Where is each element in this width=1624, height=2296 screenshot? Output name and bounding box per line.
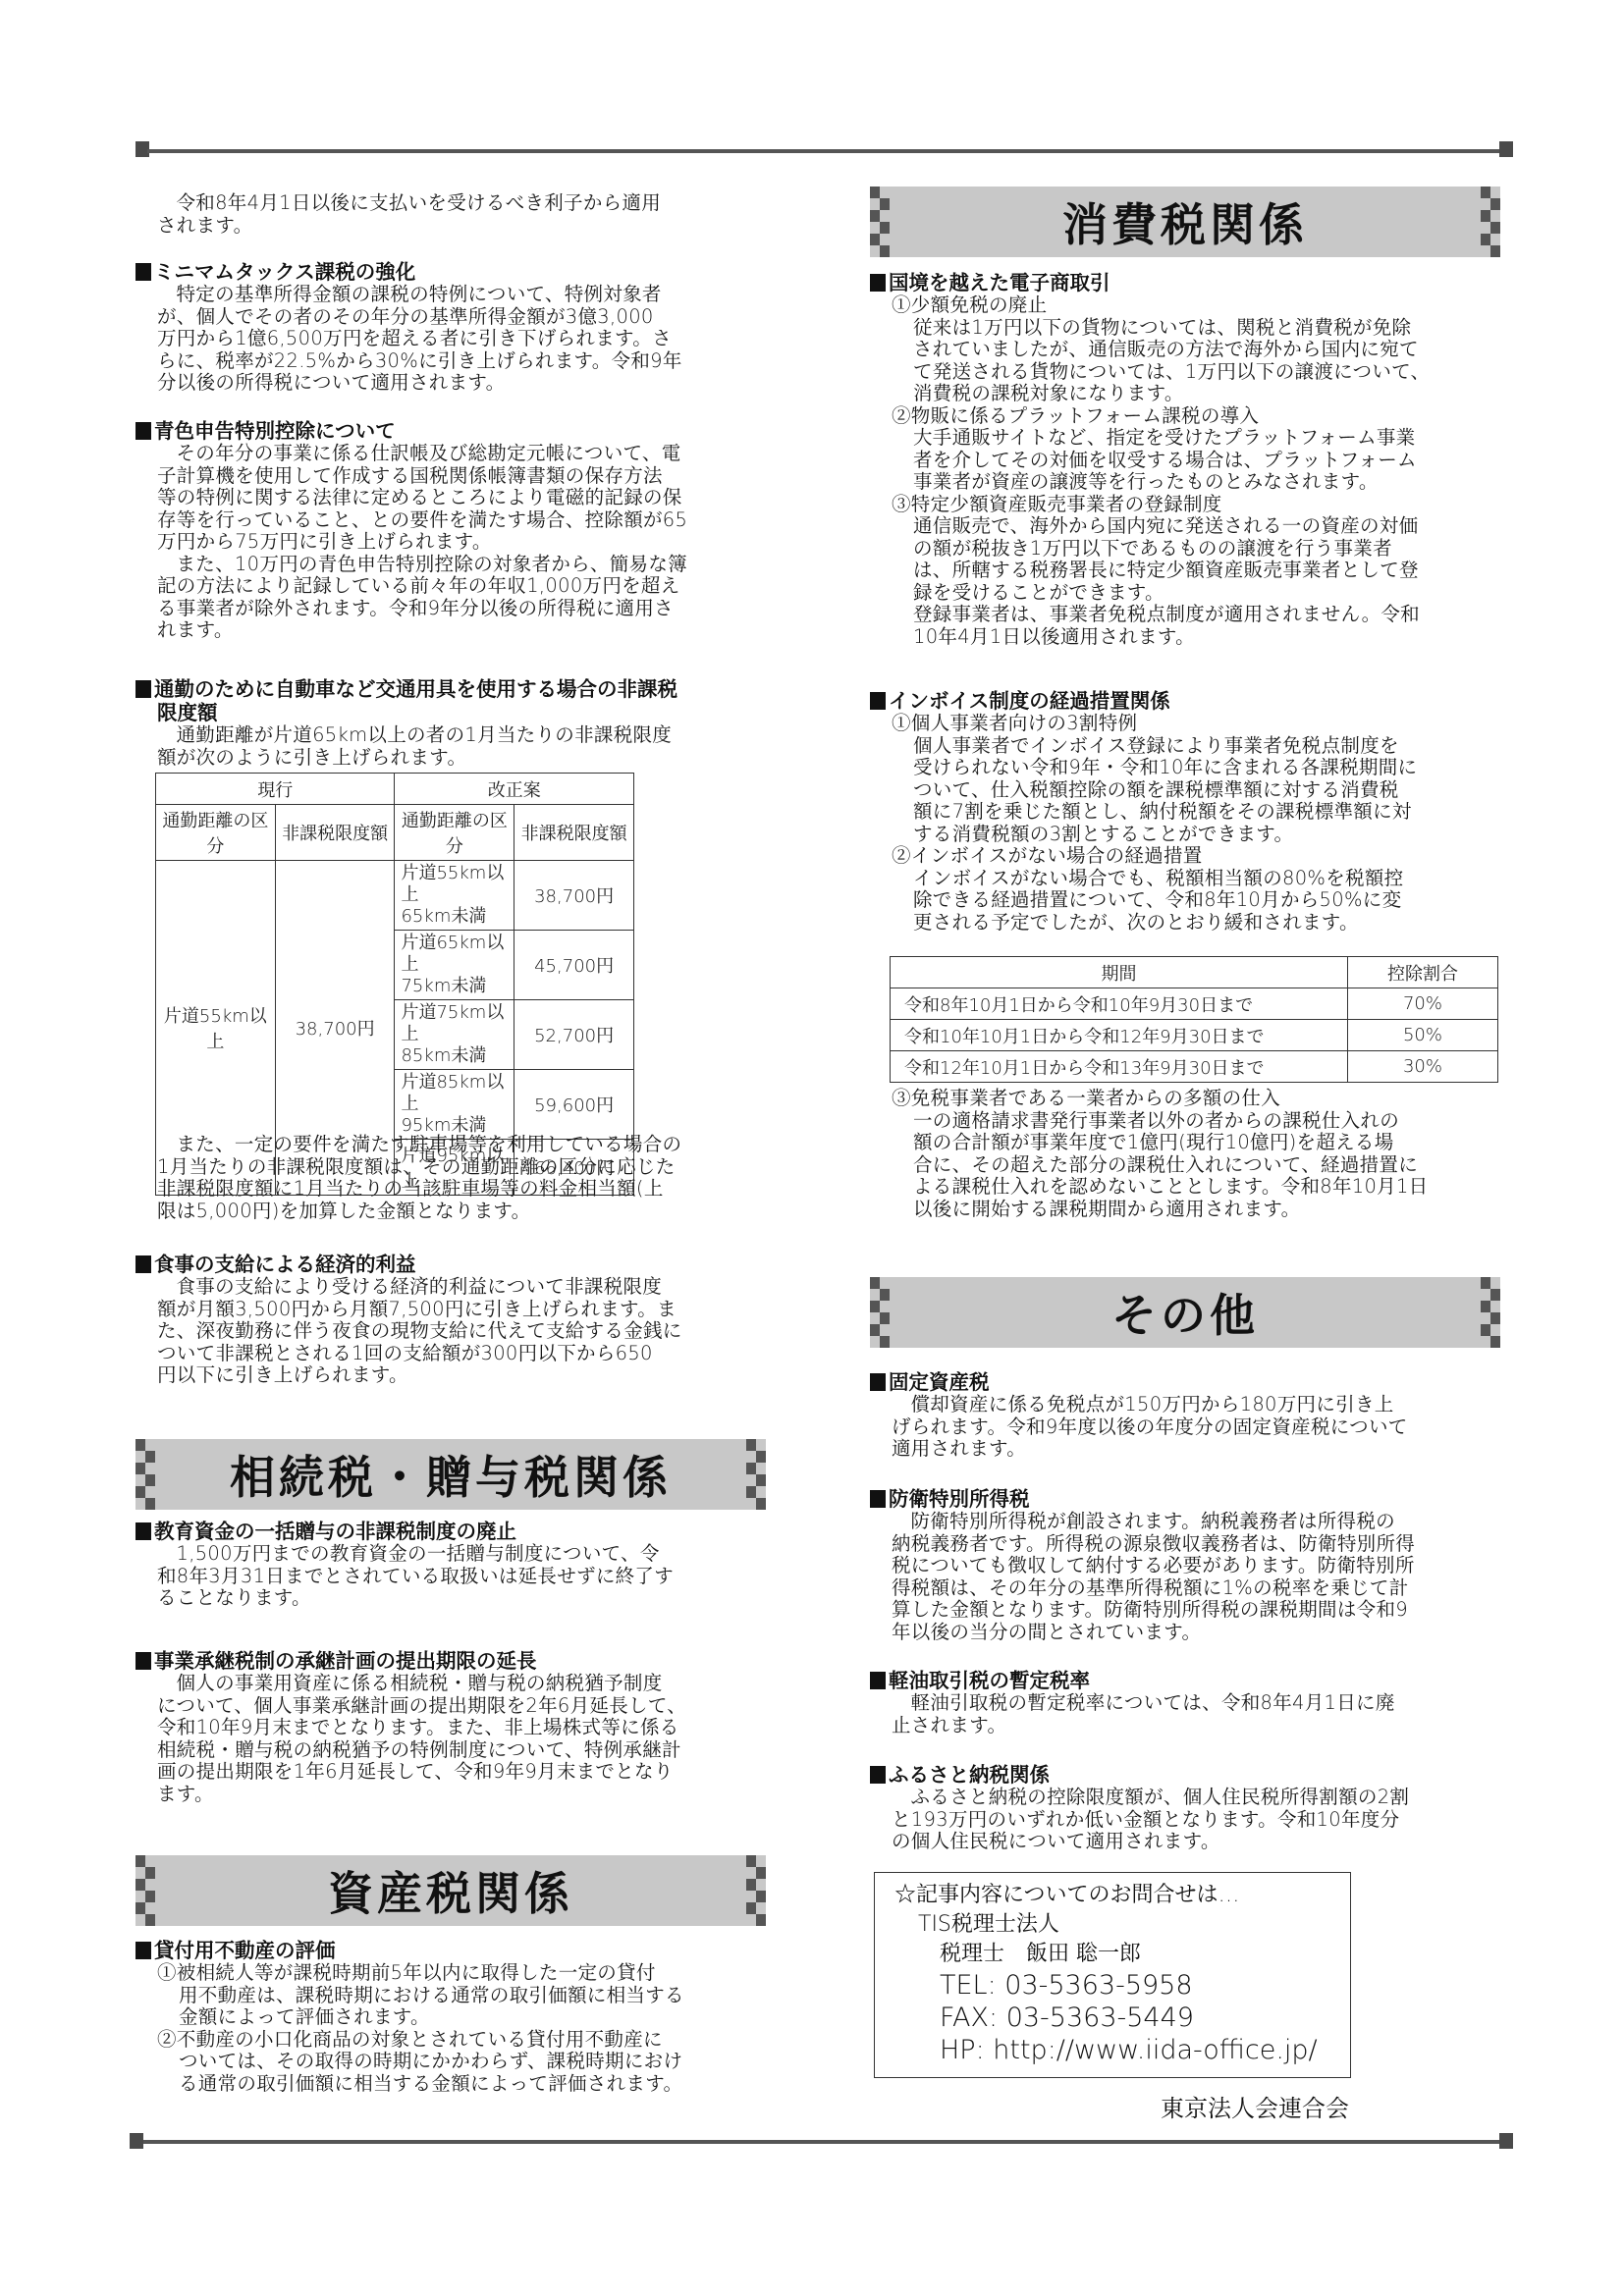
- invoice-subsection-3: ③免税事業者である一業者からの多額の仕入 一の適格請求書発行事業者以外の者からの…: [870, 1088, 1514, 1220]
- subsection-title: ①少額免税の廃止: [892, 294, 1514, 317]
- checker-decoration: [746, 1855, 766, 1926]
- square-bullet-icon: [135, 422, 151, 440]
- section-meals: 食事の支給による経済的利益 食事の支給により受ける経済的利益について非課税限度 …: [135, 1253, 776, 1387]
- table-col-header: 通勤距離の区分: [395, 805, 514, 861]
- table-row: 令和8年10月1日から令和10年9月30日まで 70%: [891, 988, 1498, 1020]
- section-minimum-tax: ミニマムタックス課税の強化 特定の基準所得金額の課税の特例について、特例対象者 …: [135, 260, 776, 395]
- banner-title: 相続税・贈与税関係: [230, 1442, 672, 1507]
- checker-decoration: [746, 1439, 766, 1510]
- list-item: ①被相続人等が課税時期前5年以内に取得した一定の貸付 用不動産は、課税時期におけ…: [157, 1962, 776, 2029]
- subsection-title: ③免税事業者である一業者からの多額の仕入: [892, 1088, 1514, 1110]
- contact-box: ☆記事内容についてのお問合せは… TIS税理士法人 税理士 飯田 聡一郎 TEL…: [874, 1872, 1351, 2078]
- section-heading: 事業承継税制の承継計画の提出期限の延長: [135, 1649, 776, 1673]
- bottom-rule-right-marker: [1499, 2133, 1513, 2149]
- checker-decoration: [135, 1855, 155, 1926]
- table-col-header: 期間: [891, 957, 1348, 988]
- section-blue-return: 青色申告特別控除について その年分の事業に係る仕訳帳及び総勘定元帳について、電 …: [135, 419, 776, 642]
- subsection-title: ②物販に係るプラットフォーム課税の導入: [892, 405, 1514, 428]
- section-heading: 教育資金の一括贈与の非課税制度の廃止: [135, 1520, 776, 1543]
- section-fixed-asset-tax: 固定資産税 償却資産に係る免税点が150万円から180万円に引き上 げられます。…: [870, 1370, 1514, 1461]
- square-bullet-icon: [135, 680, 151, 698]
- section-heading: 貸付用不動産の評価: [135, 1939, 776, 1962]
- section-heading: インボイス制度の経過措置関係: [870, 689, 1514, 713]
- contact-person: 税理士 飯田 聡一郎: [894, 1940, 1350, 1969]
- section-heading: 国境を越えた電子商取引: [870, 271, 1514, 294]
- section-heading: 固定資産税: [870, 1370, 1514, 1394]
- section-heading: ミニマムタックス課税の強化: [135, 260, 776, 284]
- section-heading: 食事の支給による経済的利益: [135, 1253, 776, 1276]
- contact-website-link[interactable]: HP: http://www.iida-office.jp/: [894, 2034, 1350, 2066]
- section-heading: 軽油取引税の暫定税率: [870, 1669, 1514, 1692]
- square-bullet-icon: [870, 1490, 886, 1508]
- section-banner-other: その他: [870, 1277, 1500, 1348]
- banner-title: その他: [1111, 1280, 1259, 1345]
- checker-decoration: [1481, 1277, 1500, 1348]
- banner-title: 資産税関係: [328, 1858, 573, 1923]
- banner-title: 消費税関係: [1062, 189, 1308, 254]
- contact-firm: TIS税理士法人: [894, 1910, 1350, 1940]
- contact-intro: ☆記事内容についてのお問合せは…: [894, 1881, 1350, 1910]
- square-bullet-icon: [870, 1766, 886, 1784]
- table-col-header: 控除割合: [1348, 957, 1498, 988]
- checker-decoration: [135, 1439, 155, 1510]
- bottom-rule-left-marker: [130, 2133, 143, 2149]
- section-furusato-nozei: ふるさと納税関係 ふるさと納税の控除限度額が、個人住民税所得割額の2割 と193…: [870, 1763, 1514, 1853]
- table-col-header: 通勤距離の区分: [156, 805, 276, 861]
- square-bullet-icon: [135, 263, 151, 281]
- square-bullet-icon: [135, 1255, 151, 1273]
- section-heading: 青色申告特別控除について: [135, 419, 776, 443]
- bottom-rule: [143, 2140, 1502, 2144]
- section-banner-property: 資産税関係: [135, 1855, 766, 1926]
- checker-decoration: [870, 187, 890, 257]
- contact-phone[interactable]: TEL: 03-5363-5958: [894, 1969, 1350, 2002]
- section-defense-special-income-tax: 防衛特別所得税 防衛特別所得税が創設されます。納税義務者は所得税の 納税義務者で…: [870, 1487, 1514, 1643]
- publisher-name: 東京法人会連合会: [1161, 2089, 1349, 2123]
- commute-parking-paragraph: また、一定の要件を満たす駐車場等を利用している場合の 1月当たりの非課税限度額は…: [135, 1134, 776, 1222]
- checker-decoration: [870, 1277, 890, 1348]
- subsection-title: ①個人事業者向けの3割特例: [892, 713, 1514, 735]
- square-bullet-icon: [870, 1672, 886, 1689]
- section-business-succession: 事業承継税制の承継計画の提出期限の延長 個人の事業用資産に係る相続税・贈与税の納…: [135, 1649, 776, 1805]
- table-col-header: 非課税限度額: [514, 805, 634, 861]
- checker-decoration: [1481, 187, 1500, 257]
- list-item: ②不動産の小口化商品の対象とされている貸付用不動産に ついては、その取得の時期に…: [157, 2029, 776, 2096]
- section-commute: 通勤のために自動車など交通用具を使用する場合の非課税 限度額 通勤距離が片道65…: [135, 677, 776, 769]
- table-row: 片道55km以上 38,700円 片道55km以上65km未満 38,700円: [156, 861, 634, 931]
- subsection-title: ②インボイスがない場合の経過措置: [892, 845, 1514, 868]
- square-bullet-icon: [870, 692, 886, 710]
- table-group-header-revised: 改正案: [395, 774, 634, 805]
- section-education-gift: 教育資金の一括贈与の非課税制度の廃止 1,500万円までの教育資金の一括贈与制度…: [135, 1520, 776, 1610]
- square-bullet-icon: [135, 1522, 151, 1540]
- intro-paragraph: 令和8年4月1日以後に支払いを受けるべき利子から適用 されます。: [135, 192, 776, 237]
- section-heading: ふるさと納税関係: [870, 1763, 1514, 1787]
- top-rule: [147, 149, 1500, 153]
- table-group-header-current: 現行: [156, 774, 395, 805]
- square-bullet-icon: [870, 1373, 886, 1391]
- section-cross-border-ecommerce: 国境を越えた電子商取引 ①少額免税の廃止 従来は1万円以下の貨物については、関税…: [870, 271, 1514, 648]
- section-invoice-transitional: インボイス制度の経過措置関係 ①個人事業者向けの3割特例 個人事業者でインボイス…: [870, 689, 1514, 934]
- square-bullet-icon: [135, 1652, 151, 1670]
- contact-fax: FAX: 03-5363-5449: [894, 2002, 1350, 2034]
- table-row: 令和12年10月1日から令和13年9月30日まで 30%: [891, 1051, 1498, 1083]
- section-diesel-tax: 軽油取引税の暫定税率 軽油引取税の暫定税率については、令和8年4月1日に廃 止さ…: [870, 1669, 1514, 1736]
- section-heading: 通勤のために自動車など交通用具を使用する場合の非課税: [135, 677, 776, 701]
- section-banner-consumption-tax: 消費税関係: [870, 187, 1500, 257]
- subsection-title: ③特定少額資産販売事業者の登録制度: [892, 494, 1514, 516]
- square-bullet-icon: [870, 274, 886, 292]
- table-row: 令和10年10月1日から令和12年9月30日まで 50%: [891, 1020, 1498, 1051]
- square-bullet-icon: [135, 1942, 151, 1959]
- deduction-rate-table: 期間 控除割合 令和8年10月1日から令和10年9月30日まで 70% 令和10…: [890, 956, 1498, 1083]
- table-col-header: 非課税限度額: [275, 805, 395, 861]
- top-rule-right-marker: [1499, 141, 1513, 157]
- section-banner-inheritance: 相続税・贈与税関係: [135, 1439, 766, 1510]
- section-heading: 防衛特別所得税: [870, 1487, 1514, 1511]
- section-rental-property-valuation: 貸付用不動産の評価 ①被相続人等が課税時期前5年以内に取得した一定の貸付 用不動…: [135, 1939, 776, 2095]
